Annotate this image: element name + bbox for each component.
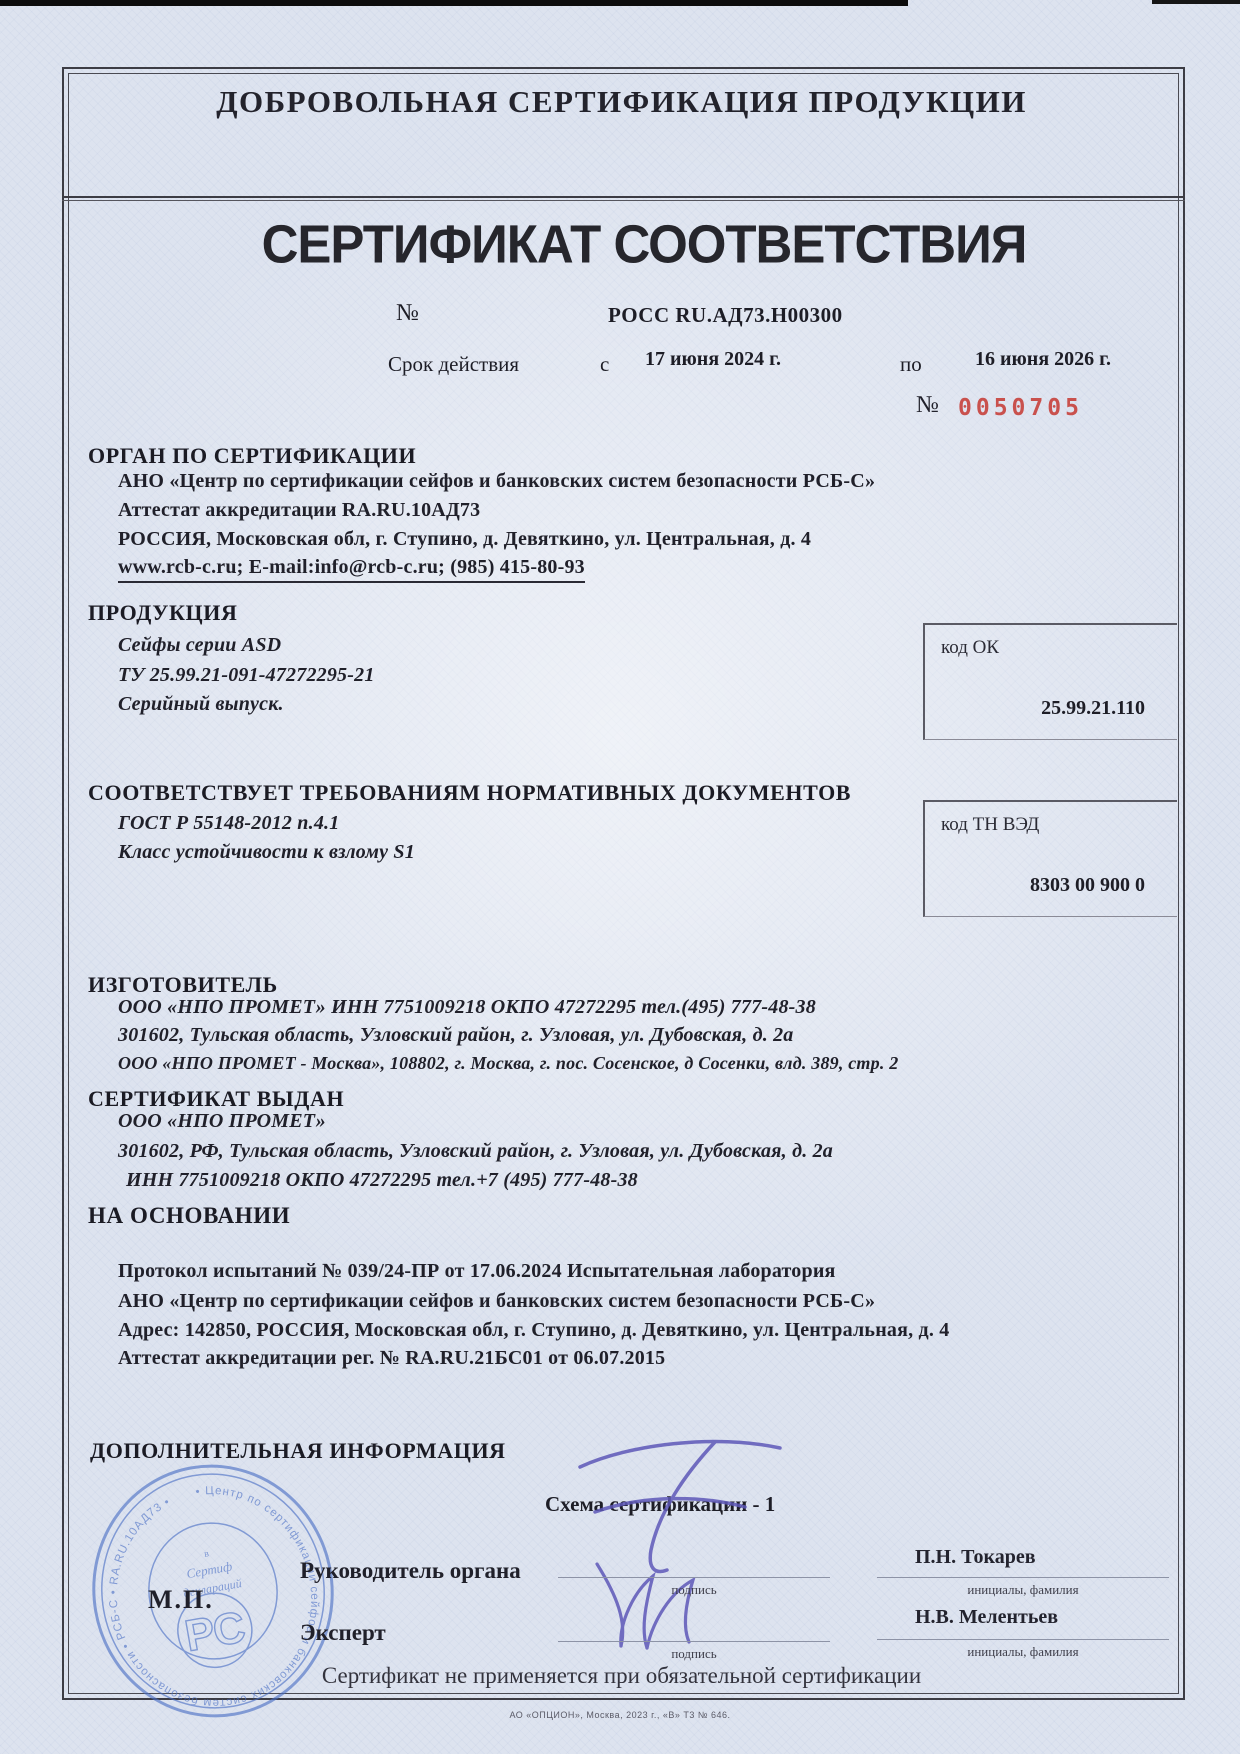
certification-body-contacts: www.rcb-c.ru; E-mail:info@rcb-c.ru; (985… xyxy=(118,556,585,583)
expert-name-line xyxy=(877,1639,1169,1640)
certificate-number-value: РОСС RU.АД73.Н00300 xyxy=(608,303,843,328)
expert-signature-line xyxy=(558,1641,830,1642)
issued-to-name: ООО «НПО ПРОМЕТ» xyxy=(118,1110,326,1133)
section-issued-to-heading: СЕРТИФИКАТ ВЫДАН xyxy=(88,1086,344,1112)
accreditation-certificate: Аттестат аккредитации RA.RU.10АД73 xyxy=(118,499,480,522)
basis-test-protocol: Протокол испытаний № 039/24-ПР от 17.06.… xyxy=(118,1260,836,1283)
expert-name-caption: инициалы, фамилия xyxy=(877,1644,1169,1660)
ok-code-box: код ОК 25.99.21.110 xyxy=(923,623,1177,740)
print-house-info: АО «ОПЦИОН», Москва, 2023 г., «В» Т3 № 6… xyxy=(0,1710,1240,1720)
section-manufacturer-heading: ИЗГОТОВИТЕЛЬ xyxy=(88,972,278,998)
product-specification: ТУ 25.99.21-091-47272295-21 xyxy=(118,664,375,687)
tnved-code-label: код ТН ВЭД xyxy=(941,814,1039,836)
scan-artifact-top-right xyxy=(1152,0,1240,4)
manufacturer-name: ООО «НПО ПРОМЕТ» ИНН 7751009218 ОКПО 472… xyxy=(118,996,816,1019)
certificate-page: { "colors": { "serial_red": "#c9514d", "… xyxy=(0,0,1240,1754)
footer-note: Сертификат не применяется при обязательн… xyxy=(62,1663,1181,1689)
section-product-heading: ПРОДУКЦИЯ xyxy=(88,600,237,626)
certificate-title: СЕРТИФИКАТ СООТВЕТСТВИЯ xyxy=(62,213,1181,275)
validity-from-label: с xyxy=(600,352,609,377)
document-type-title: ДОБРОВОЛЬНАЯ СЕРТИФИКАЦИЯ ПРОДУКЦИИ xyxy=(62,84,1181,120)
basis-accreditation: Аттестат аккредитации рег. № RA.RU.21БС0… xyxy=(118,1347,665,1370)
stamp-inner-top-text: в xyxy=(203,1548,210,1560)
compliance-class: Класс устойчивости к взлому S1 xyxy=(118,841,415,864)
ok-code-value: 25.99.21.110 xyxy=(1041,697,1145,720)
certification-scheme: Схема сертификации - 1 xyxy=(545,1492,775,1517)
section-compliance-heading: СООТВЕТСТВУЕТ ТРЕБОВАНИЯМ НОРМАТИВНЫХ ДО… xyxy=(88,780,948,806)
manufacturer-branch: ООО «НПО ПРОМЕТ - Москва», 108802, г. Мо… xyxy=(118,1053,898,1074)
head-name-caption: инициалы, фамилия xyxy=(877,1582,1169,1598)
head-signature-line xyxy=(558,1577,830,1578)
certification-body-address: РОССИЯ, Московская обл, г. Ступино, д. Д… xyxy=(118,528,811,551)
expert-signature-caption: подпись xyxy=(558,1646,830,1662)
basis-laboratory-name: АНО «Центр по сертификации сейфов и банк… xyxy=(118,1290,875,1313)
validity-label: Срок действия xyxy=(388,352,519,377)
certificate-number-label: № xyxy=(396,300,419,327)
product-release-type: Серийный выпуск. xyxy=(118,693,284,716)
validity-to-date: 16 июня 2026 г. xyxy=(975,348,1111,371)
product-name: Сейфы серии ASD xyxy=(118,634,281,657)
expert-role-label: Эксперт xyxy=(300,1620,386,1646)
manufacturer-address: 301602, Тульская область, Узловский райо… xyxy=(118,1024,794,1047)
head-name-line xyxy=(877,1577,1169,1578)
issued-to-address: 301602, РФ, Тульская область, Узловский … xyxy=(118,1140,833,1163)
validity-from-date: 17 июня 2024 г. xyxy=(645,348,781,371)
blank-number-value: 0050705 xyxy=(958,395,1083,421)
expert-name: Н.В. Мелентьев xyxy=(915,1606,1058,1629)
stamp-place-label: М.П. xyxy=(148,1585,214,1615)
certification-body-name: АНО «Центр по сертификации сейфов и банк… xyxy=(118,470,875,493)
issued-to-requisites: ИНН 7751009218 ОКПО 47272295 тел.+7 (495… xyxy=(126,1169,638,1192)
tnved-code-value: 8303 00 900 0 xyxy=(1030,874,1145,897)
head-name: П.Н. Токарев xyxy=(915,1546,1036,1569)
section-certification-body-heading: ОРГАН ПО СЕРТИФИКАЦИИ xyxy=(88,443,416,469)
blank-number-label: № xyxy=(916,392,939,419)
header-separator xyxy=(62,196,1185,201)
head-signature-caption: подпись xyxy=(558,1582,830,1598)
ok-code-label: код ОК xyxy=(941,637,999,659)
tnved-code-box: код ТН ВЭД 8303 00 900 0 xyxy=(923,800,1177,917)
scan-artifact-top-left xyxy=(0,0,908,6)
head-role-label: Руководитель органа xyxy=(300,1558,521,1584)
basis-laboratory-address: Адрес: 142850, РОССИЯ, Московская обл, г… xyxy=(118,1319,949,1342)
validity-to-label: по xyxy=(900,352,922,377)
compliance-standard: ГОСТ Р 55148-2012 п.4.1 xyxy=(118,812,339,835)
section-basis-heading: НА ОСНОВАНИИ xyxy=(88,1203,290,1229)
